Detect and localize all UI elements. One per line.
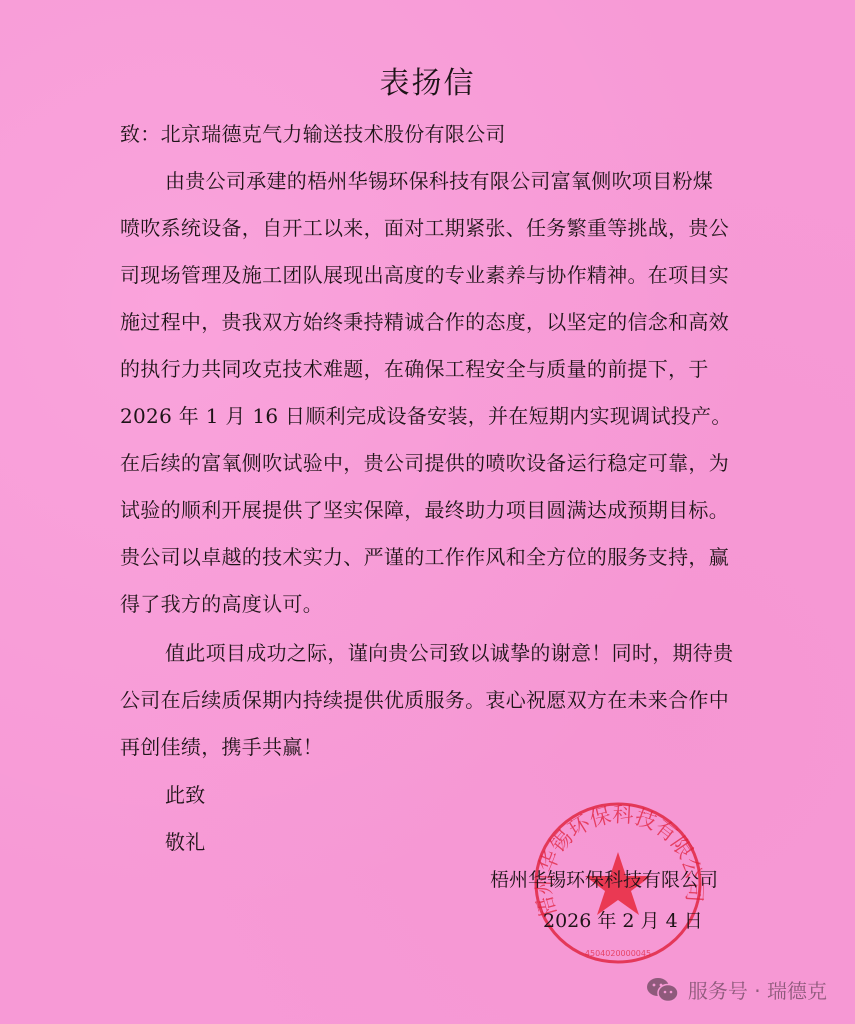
body-line: 再创佳绩，携手共赢！ [120,731,323,760]
body-line: 在后续的富氧侧吹试验中，贵公司提供的喷吹设备运行稳定可靠，为 [120,447,729,476]
body-line: 2026 年 1 月 16 日顺利完成设备安装，并在短期内实现调试投产。 [120,400,732,429]
wechat-icon [646,977,680,1003]
body-line: 施过程中，贵我双方始终秉持精诚合作的态度，以坚定的信念和高效 [120,306,729,335]
body-line: 贵公司以卓越的技术实力、严谨的工作作风和全方位的服务支持，赢 [120,541,729,570]
closing-line-2: 敬礼 [165,826,206,855]
svg-text:4504020000045: 4504020000045 [585,949,651,958]
body-line: 的执行力共同攻克技术难题，在确保工程安全与质量的前提下，于 [120,353,709,382]
letter-title: 表扬信 [0,58,855,102]
recipient-line: 致：北京瑞德克气力输送技术股份有限公司 [120,118,506,147]
body-line: 公司在后续质保期内持续提供优质服务。衷心祝愿双方在未来合作中 [120,684,729,713]
body-line: 喷吹系统设备，自开工以来，面对工期紧张、任务繁重等挑战，贵公 [120,212,729,241]
service-account-label: 服务号 · 瑞德克 [688,975,827,1004]
signer-name: 梧州华锡环保科技有限公司 [490,865,718,892]
body-line: 得了我方的高度认可。 [120,588,323,617]
body-line: 值此项目成功之际，谨向贵公司致以诚挚的谢意！同时，期待贵 [165,637,733,666]
signature-date: 2026 年 2 月 4 日 [543,906,703,933]
closing-line-1: 此致 [165,779,206,808]
body-line: 司现场管理及施工团队展现出高度的专业素养与协作精神。在项目实 [120,259,729,288]
body-line: 试验的顺利开展提供了坚实保障，最终助力项目圆满达成预期目标。 [120,494,729,523]
service-account-badge[interactable]: 服务号 · 瑞德克 [646,975,827,1004]
body-line: 由贵公司承建的梧州华锡环保科技有限公司富氧侧吹项目粉煤 [165,165,713,194]
